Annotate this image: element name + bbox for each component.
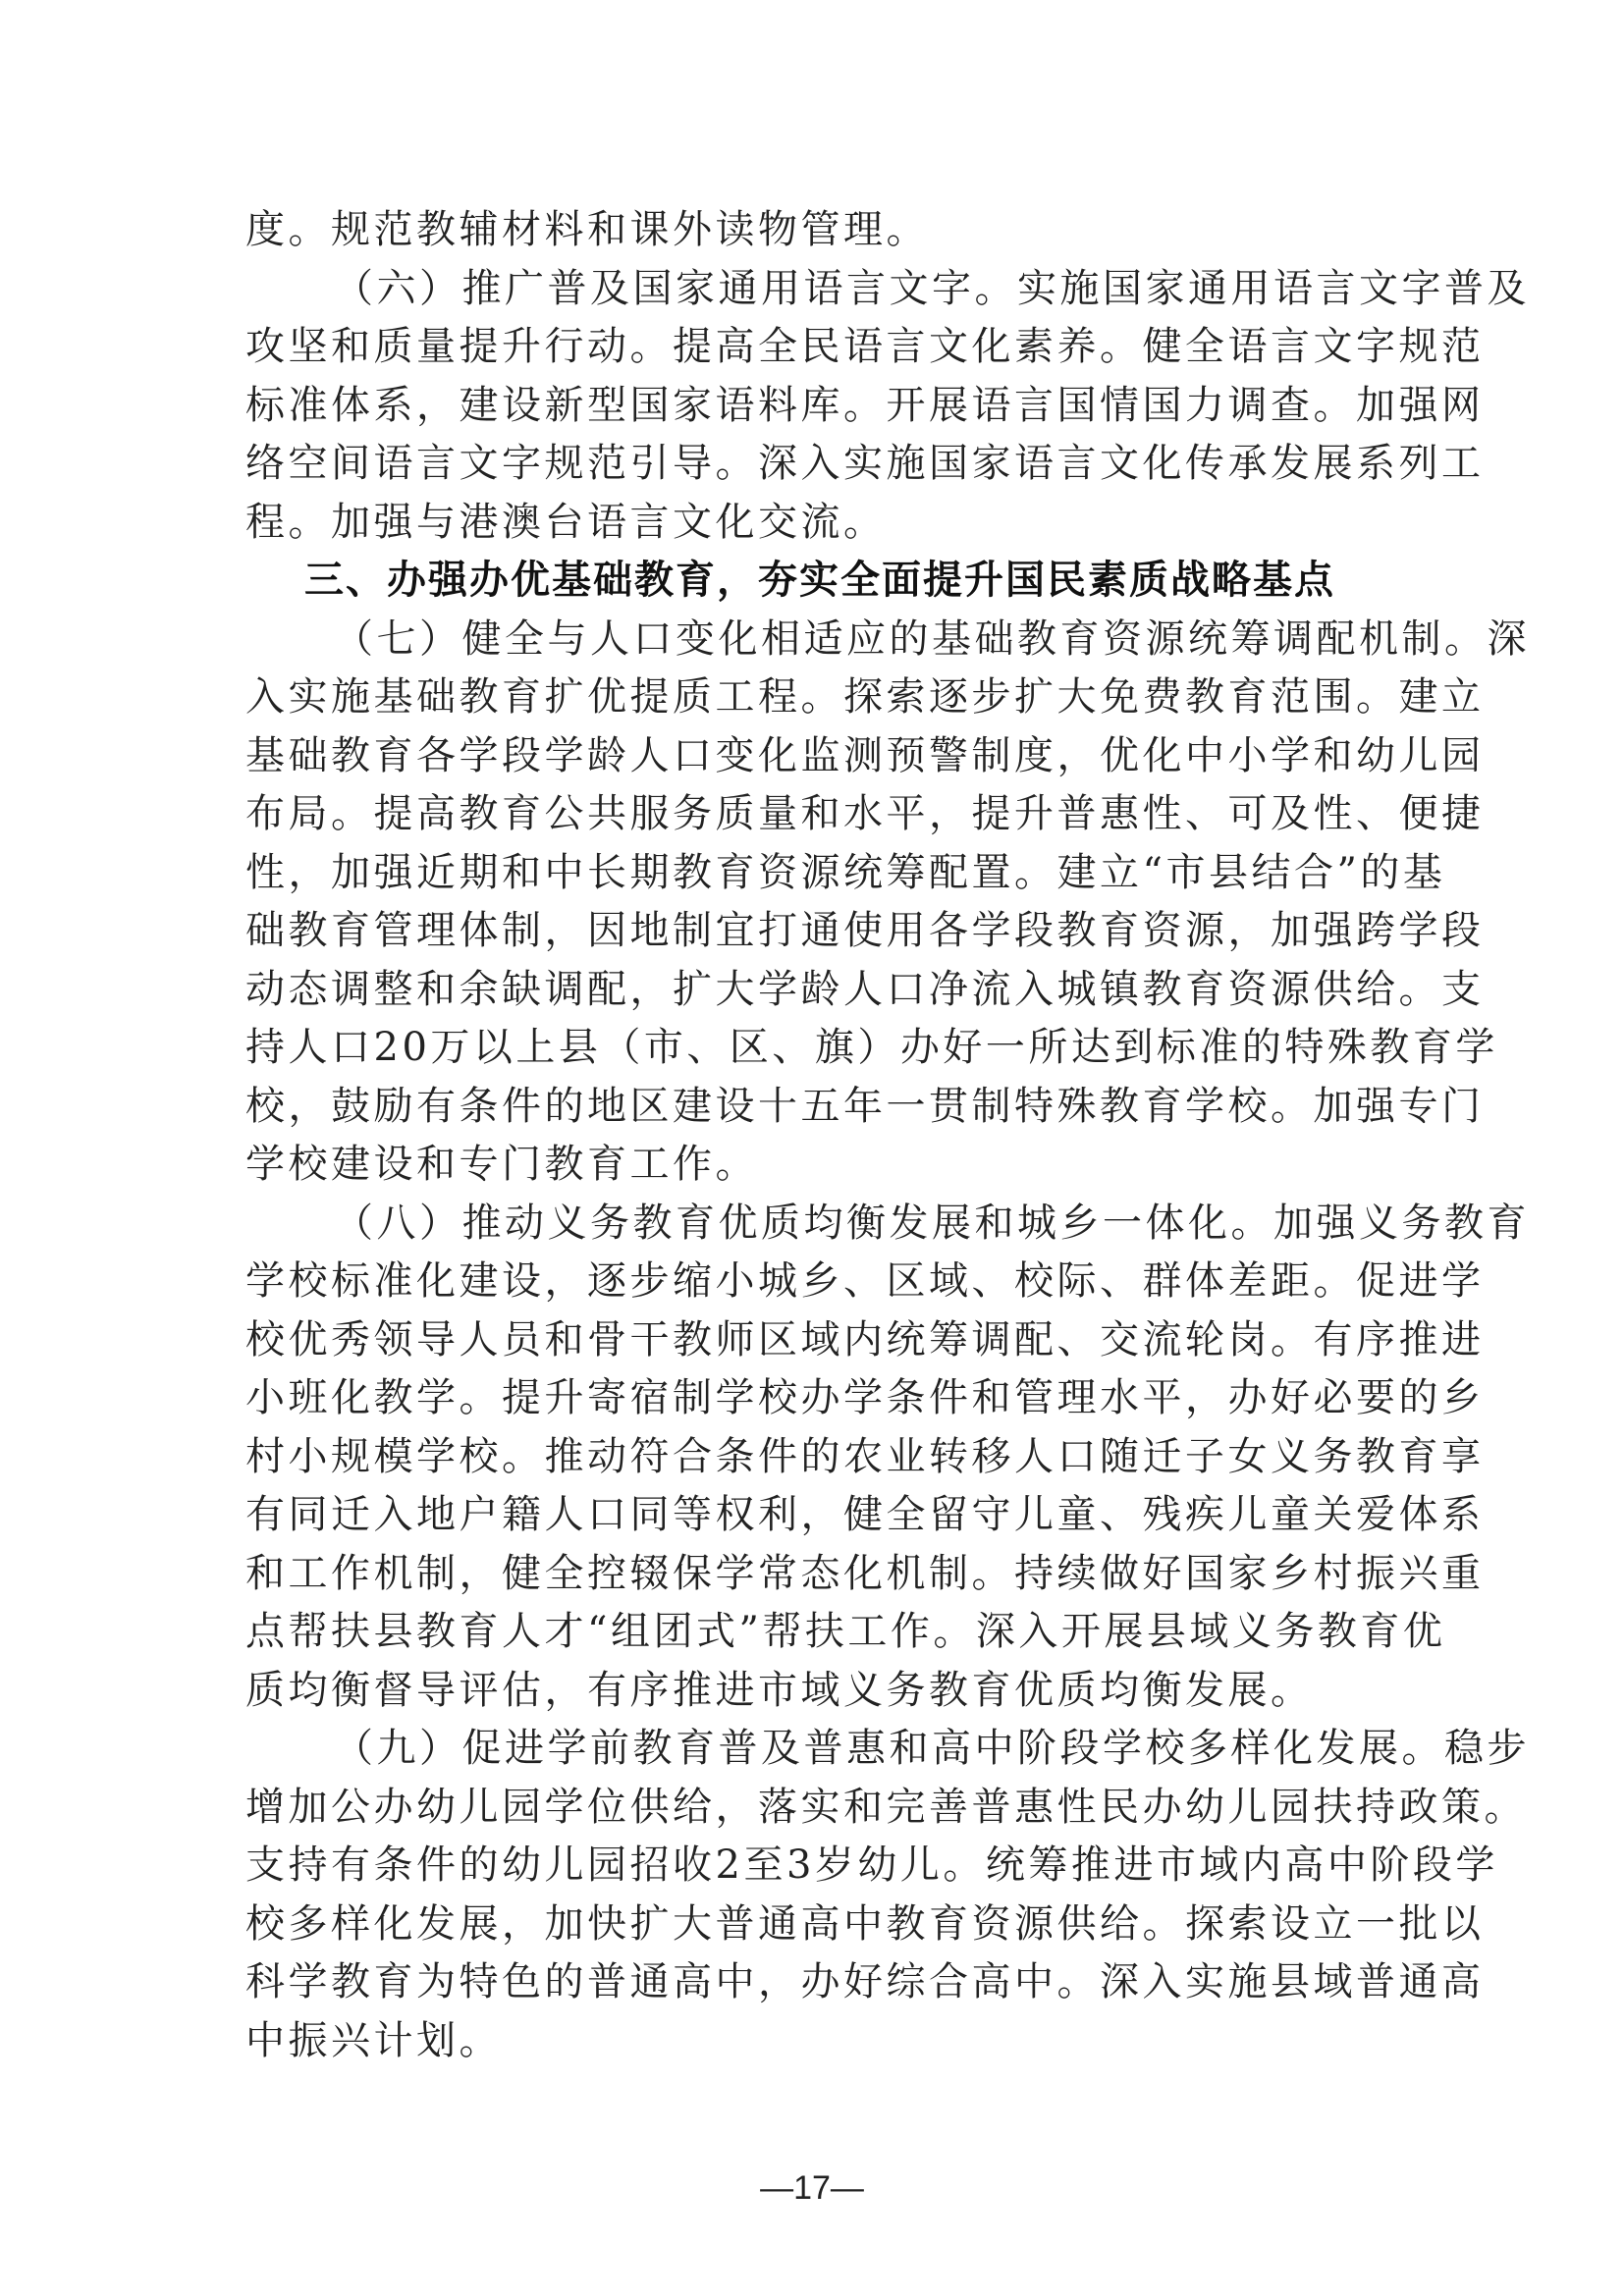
- text-line: 和工作机制，健全控辍保学常态化机制。持续做好国家乡村振兴重: [245, 1545, 1380, 1604]
- paragraph-start-9: （九）促进学前教育普及普惠和高中阶段学校多样化发展。稳步: [245, 1720, 1380, 1779]
- text-line: 校，鼓励有条件的地区建设十五年一贯制特殊教育学校。加强专门: [245, 1078, 1380, 1137]
- text-line: 络空间语言文字规范引导。深入实施国家语言文化传承发展系列工: [245, 435, 1380, 494]
- text-line: 动态调整和余缺调配，扩大学龄人口净流入城镇教育资源供给。支: [245, 961, 1380, 1020]
- paragraph-start-7: （七）健全与人口变化相适应的基础教育资源统筹调配机制。深: [245, 611, 1380, 669]
- text-line: 小班化教学。提升寄宿制学校办学条件和管理水平，办好必要的乡: [245, 1369, 1380, 1428]
- text-line: 中振兴计划。: [245, 2012, 1380, 2071]
- text-line: 支持有条件的幼儿园招收2至3岁幼儿。统筹推进市域内高中阶段学: [245, 1837, 1380, 1896]
- text-line: 村小规模学校。推动符合条件的农业转移人口随迁子女义务教育享: [245, 1428, 1380, 1487]
- text-line: 学校标准化建设，逐步缩小城乡、区域、校际、群体差距。促进学: [245, 1253, 1380, 1311]
- text-line: 科学教育为特色的普通高中，办好综合高中。深入实施县域普通高: [245, 1953, 1380, 2012]
- paragraph-start-6: （六）推广普及国家通用语言文字。实施国家通用语言文字普及: [245, 260, 1380, 319]
- text-line: 持人口20万以上县（市、区、旗）办好一所达到标准的特殊教育学: [245, 1019, 1380, 1078]
- text-line: 学校建设和专门教育工作。: [245, 1136, 1380, 1195]
- text-line: 有同迁入地户籍人口同等权利，健全留守儿童、残疾儿童关爱体系: [245, 1486, 1380, 1545]
- text-line: 质均衡督导评估，有序推进市域义务教育优质均衡发展。: [245, 1662, 1380, 1721]
- section-heading-3: 三、办强办优基础教育，夯实全面提升国民素质战略基点: [245, 552, 1380, 611]
- text-line: 布局。提高教育公共服务质量和水平，提升普惠性、可及性、便捷: [245, 785, 1380, 844]
- text-line: 增加公办幼儿园学位供给，落实和完善普惠性民办幼儿园扶持政策。: [245, 1779, 1380, 1838]
- text-line: 校多样化发展，加快扩大普通高中教育资源供给。探索设立一批以: [245, 1896, 1380, 1954]
- text-line: 基础教育各学段学龄人口变化监测预警制度，优化中小学和幼儿园: [245, 727, 1380, 786]
- text-line: 点帮扶县教育人才“组团式”帮扶工作。深入开展县域义务教育优: [245, 1603, 1380, 1662]
- text-line: 程。加强与港澳台语言文化交流。: [245, 494, 1380, 553]
- text-line: 攻坚和质量提升行动。提高全民语言文化素养。健全语言文字规范: [245, 318, 1380, 377]
- text-line: 标准体系，建设新型国家语料库。开展语言国情国力调查。加强网: [245, 377, 1380, 436]
- text-line: 性，加强近期和中长期教育资源统筹配置。建立“市县结合”的基: [245, 844, 1380, 903]
- paragraph-start-8: （八）推动义务教育优质均衡发展和城乡一体化。加强义务教育: [245, 1195, 1380, 1254]
- text-line: 校优秀领导人员和骨干教师区域内统筹调配、交流轮岗。有序推进: [245, 1311, 1380, 1370]
- text-line: 础教育管理体制，因地制宜打通使用各学段教育资源，加强跨学段: [245, 902, 1380, 961]
- text-line: 入实施基础教育扩优提质工程。探索逐步扩大免费教育范围。建立: [245, 668, 1380, 727]
- page-number: —17—: [0, 2169, 1624, 2208]
- document-body: 度。规范教辅材料和课外读物管理。 （六）推广普及国家通用语言文字。实施国家通用语…: [245, 201, 1380, 2070]
- text-line: 度。规范教辅材料和课外读物管理。: [245, 201, 1380, 260]
